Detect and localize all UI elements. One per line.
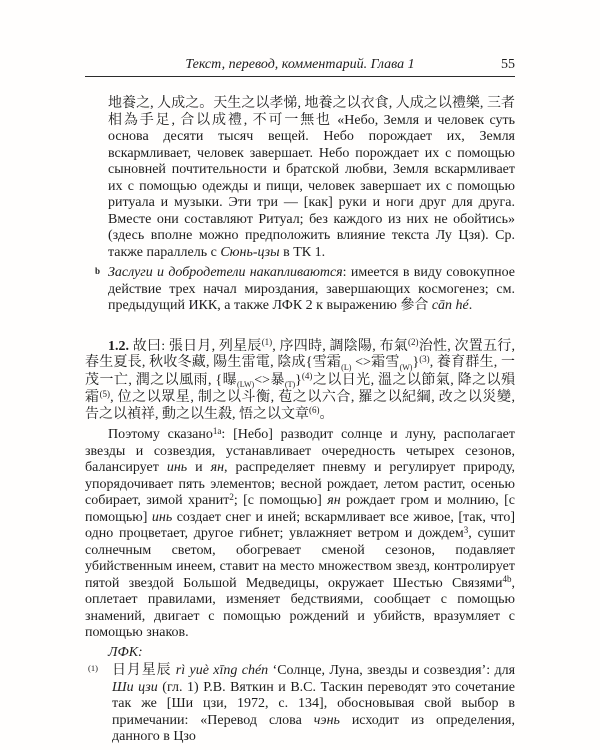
commentary-item-b: bЗаслуги и добродетели накапливаются: им… (108, 265, 515, 315)
footnote-1-marker: (1) (88, 660, 98, 677)
chinese-source-text-1-2: 1.2. 故曰: 張日月, 列星辰(1), 序四時, 調陰陽, 布氣(2)治性,… (85, 339, 515, 424)
running-header: Текст, перевод, комментарий. Глава 1 55 (85, 57, 515, 74)
lfk-heading: ЛФК: (85, 645, 515, 662)
footnote-1: (1)日月星辰 rì yuè xīng chén ‘Солнце, Луна, … (112, 663, 515, 746)
footnote-1-text: 日月星辰 rì yuè xīng chén ‘Солнце, Луна, зве… (112, 663, 515, 744)
commentary-item-b-text: Заслуги и добродетели накапливаются: име… (108, 265, 515, 313)
running-header-title: Текст, перевод, комментарий. Глава 1 (85, 57, 515, 73)
book-page: Текст, перевод, комментарий. Глава 1 55 … (0, 0, 600, 750)
commentary-paragraph-a-continuation: 地養之, 人成之。天生之以孝悌, 地養之以衣食, 人成之以禮樂, 三者相為手足,… (108, 96, 515, 261)
header-rule (85, 76, 515, 77)
commentary-item-b-marker: b (95, 263, 100, 280)
translation-paragraph: Поэтому сказано1a: [Небо] разводит солнц… (85, 427, 515, 642)
page-number: 55 (501, 57, 515, 73)
